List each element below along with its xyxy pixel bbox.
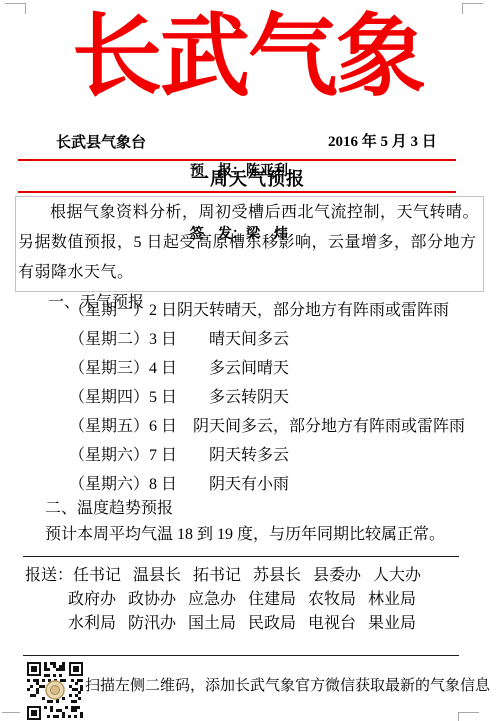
recipient: 政府办 [68, 588, 116, 612]
qr-code-icon [27, 662, 83, 721]
masthead-title: 长武气象 [0, 6, 496, 110]
recipient: 人大办 [373, 564, 421, 588]
recipient: 住建局 [248, 588, 296, 612]
recipients-label: 报送： [25, 567, 73, 584]
crop-mark-bottom-right-h [458, 712, 479, 713]
crop-mark-bottom-left-h [2, 712, 20, 713]
issue-date: 2016 年 5 月 3 日 [328, 130, 437, 151]
recipient: 防汛办 [128, 612, 176, 636]
forecast-line: （星期三）4 日 多云间晴天 [69, 354, 465, 383]
temperature-text: 预计本周平均气温 18 到 19 度，与历年同期比较属正常。 [45, 521, 445, 544]
qr-caption: 扫描左侧二维码，添加长武气象官方微信获取最新的气象信息 [85, 674, 490, 695]
intro-box: 根据气象资料分析，周初受槽后西北气流控制，天气转晴。另据数值预报，5 日起受高原… [15, 196, 484, 292]
section-temperature-title: 二、温度趋势预报 [45, 495, 173, 518]
recipient: 电视台 [308, 612, 356, 636]
black-rule-top [23, 556, 459, 557]
crop-mark-top-right-h [462, 3, 483, 4]
red-rule-top [18, 159, 456, 161]
recipient: 水利局 [68, 612, 116, 636]
forecast-line: （星期二）3 日 晴天间多云 [69, 325, 465, 354]
masthead: 长武气象 [0, 6, 496, 116]
recipient: 国土局 [188, 612, 236, 636]
recipient: 县委办 [313, 564, 361, 588]
recipients-row: 政府办政协办应急办住建局农牧局林业局 [25, 588, 433, 612]
station-name: 长武县气象台 [56, 131, 146, 152]
recipient: 苏县长 [253, 564, 301, 588]
forecast-line: （星期四）5 日 多云转阴天 [69, 383, 465, 412]
forecast-line: （星期五）6 日 阴天间多云，部分地方有阵雨或雷阵雨 [69, 412, 465, 441]
black-rule-bottom [23, 655, 459, 656]
recipients-row: 报送：任书记温县长拓书记苏县长县委办人大办 [25, 564, 433, 588]
intro-paragraph: 根据气象资料分析，周初受槽后西北气流控制，天气转晴。另据数值预报，5 日起受高原… [18, 198, 481, 288]
forecast-line: （星期六）7 日 阴天转多云 [69, 441, 465, 470]
recipient: 林业局 [368, 588, 416, 612]
crop-mark-top-left-h [5, 3, 26, 4]
forecast-line: （星期一）2 日阴天转晴天，部分地方有阵雨或雷阵雨 [69, 296, 465, 325]
recipient: 温县长 [133, 564, 181, 588]
bulletin-title: 一周天气预报 [0, 165, 496, 191]
recipient: 民政局 [248, 612, 296, 636]
recipient: 任书记 [73, 564, 121, 588]
red-rule-bottom [18, 191, 456, 193]
recipient: 农牧局 [308, 588, 356, 612]
recipients-block: 报送：任书记温县长拓书记苏县长县委办人大办 政府办政协办应急办住建局农牧局林业局… [25, 564, 433, 636]
forecast-list: （星期一）2 日阴天转晴天，部分地方有阵雨或雷阵雨 （星期二）3 日 晴天间多云… [69, 296, 465, 499]
recipient: 拓书记 [193, 564, 241, 588]
recipients-row: 水利局防汛办国土局民政局电视台果业局 [25, 612, 433, 636]
recipient: 政协办 [128, 588, 176, 612]
crop-mark-bottom-right-v [458, 712, 459, 721]
recipient: 果业局 [368, 612, 416, 636]
recipient: 应急办 [188, 588, 236, 612]
